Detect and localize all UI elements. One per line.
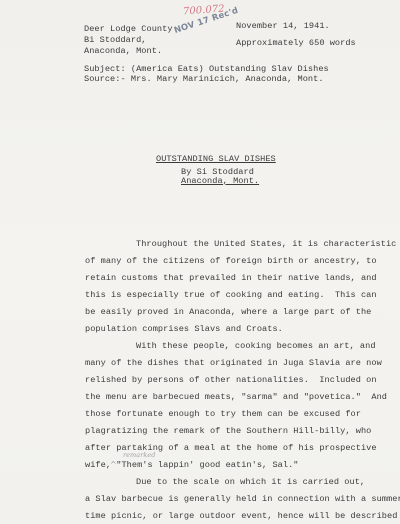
body-line: wife, "Them's lappin' good eatin's, Sal.… bbox=[85, 461, 299, 470]
body-line: a Slav barbecue is generally held in con… bbox=[85, 495, 400, 504]
body-line: population comprises Slavs and Croats. bbox=[85, 325, 283, 334]
header-location: Anaconda, Mont. bbox=[84, 47, 162, 56]
body-line: of many of the citizens of foreign birth… bbox=[85, 257, 377, 266]
body-line: those fortunate enough to try them can b… bbox=[85, 410, 361, 419]
body-line: this is especially true of cooking and e… bbox=[85, 291, 377, 300]
pencil-insertion-annotation: remarked bbox=[123, 451, 155, 459]
header-date: November 14, 1941. bbox=[236, 22, 330, 31]
body-line: Throughout the United States, it is char… bbox=[136, 240, 396, 249]
body-line: many of the dishes that originated in Ju… bbox=[85, 359, 382, 368]
body-line: be easily proved in Anaconda, where a la… bbox=[85, 308, 371, 317]
body-line: With these people, cooking becomes an ar… bbox=[136, 342, 376, 351]
body-line: plagratizing the remark of the Southern … bbox=[85, 427, 371, 436]
insertion-caret-mark: ^ bbox=[110, 460, 117, 469]
document-title: OUTSTANDING SLAV DISHES bbox=[156, 155, 276, 164]
body-line: time picnic, or large outdoor event, hen… bbox=[85, 512, 397, 521]
header-author: Bi Stoddard, bbox=[84, 36, 147, 45]
body-line: Due to the scale on which it is carried … bbox=[136, 478, 365, 487]
byline-location: Anaconda, Mont. bbox=[181, 177, 259, 186]
body-line: retain customs that prevailed in their n… bbox=[85, 274, 377, 283]
header-word-count: Approximately 650 words bbox=[236, 39, 356, 48]
body-line: the menu are barbecued meats, "sarma" an… bbox=[85, 393, 387, 402]
body-line: relished by persons of other nationaliti… bbox=[85, 376, 377, 385]
header-county: Deer Lodge County bbox=[84, 25, 173, 34]
subject-line: Subject: (America Eats) Outstanding Slav… bbox=[84, 65, 329, 74]
source-line: Source:- Mrs. Mary Marinicich, Anaconda,… bbox=[84, 75, 324, 84]
document-page: Deer Lodge County Bi Stoddard, Anaconda,… bbox=[0, 0, 400, 524]
